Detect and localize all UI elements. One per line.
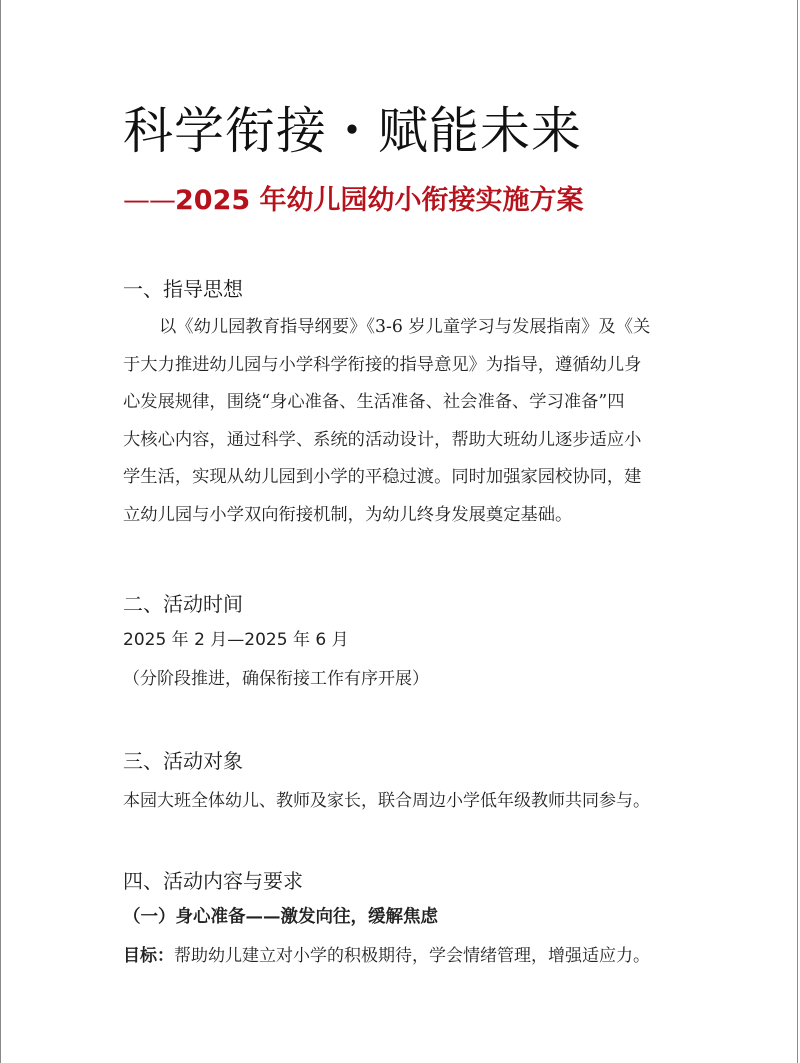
activity-time-note: （分阶段推进，确保衔接工作有序开展） [123, 665, 429, 693]
section-heading-content-requirements: 四、活动内容与要求 [123, 866, 303, 896]
paragraph-line: 心发展规律，围绕“身心准备、生活准备、社会准备、学习准备”四 [123, 384, 683, 422]
paragraph-line: 于大力推进幼儿园与小学科学衔接的指导意见》为指导，遵循幼儿身 [123, 347, 683, 385]
subsection-heading-physical-mental: （一）身心准备——激发向往，缓解焦虑 [123, 903, 438, 931]
paragraph-line: 以《幼儿园教育指导纲要》《3-6 岁儿童学习与发展指南》及《关 [123, 309, 683, 347]
subsection-goal: 目标：帮助幼儿建立对小学的积极期待，学会情绪管理，增强适应力。 [123, 942, 650, 970]
subtitle-dash: —— [123, 185, 175, 216]
goal-label: 目标： [123, 946, 174, 966]
paragraph-line: 立幼儿园与小学双向衔接机制，为幼儿终身发展奠定基础。 [123, 497, 683, 535]
activity-target-text: 本园大班全体幼儿、教师及家长，联合周边小学低年级教师共同参与。 [123, 787, 650, 815]
document-page: 科学衔接・赋能未来 ——2025 年幼儿园幼小衔接实施方案 一、指导思想 以《幼… [0, 0, 798, 1063]
section-heading-guiding-ideology: 一、指导思想 [123, 274, 243, 304]
subtitle-text: 年幼儿园幼小衔接实施方案 [250, 185, 583, 216]
document-title: 科学衔接・赋能未来 [123, 98, 582, 164]
section-heading-activity-time: 二、活动时间 [123, 589, 243, 619]
subtitle-year: 2025 [175, 185, 250, 216]
guiding-ideology-paragraph: 以《幼儿园教育指导纲要》《3-6 岁儿童学习与发展指南》及《关 于大力推进幼儿园… [123, 309, 683, 535]
activity-date-range: 2025 年 2 月—2025 年 6 月 [123, 626, 349, 654]
paragraph-line: 大核心内容，通过科学、系统的活动设计，帮助大班幼儿逐步适应小 [123, 422, 683, 460]
paragraph-line: 学生活，实现从幼儿园到小学的平稳过渡。同时加强家园校协同，建 [123, 459, 683, 497]
goal-text: 帮助幼儿建立对小学的积极期待，学会情绪管理，增强适应力。 [174, 946, 650, 966]
section-heading-activity-target: 三、活动对象 [123, 746, 243, 776]
document-subtitle: ——2025 年幼儿园幼小衔接实施方案 [123, 182, 584, 220]
